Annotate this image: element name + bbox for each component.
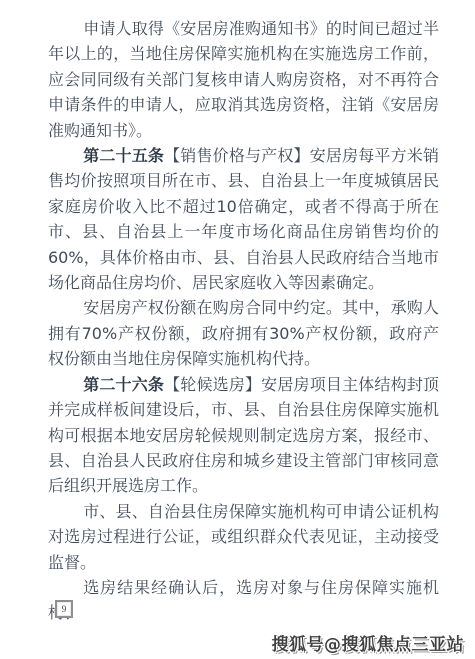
article-number-bold: 第二十六条 — [83, 375, 164, 394]
watermark-text: 搜狐号@搜狐焦点三亚站 — [272, 630, 465, 655]
paragraph: 第二十五条【销售价格与产权】安居房每平方米销售均价按照项目所在市、县、自治县上一… — [48, 143, 439, 295]
paragraph-text: 安居房产权份额在购房合同中约定。其中，承购人拥有70%产权份额，政府拥有30%产… — [48, 298, 439, 368]
paragraph: 选房结果经确认后，选房对象与住房保障实施机构、 — [48, 575, 439, 626]
paragraph: 安居房产权份额在购房合同中约定。其中，承购人拥有70%产权份额，政府拥有30%产… — [48, 295, 439, 371]
page-number-box: 9 — [55, 600, 73, 618]
paragraph: 申请人取得《安居房准购通知书》的时间已超过半年以上的，当地住房保障实施机构在实施… — [48, 16, 439, 143]
paragraph: 市、县、自治县住房保障实施机构可申请公证机构对选房过程进行公证，或组织群众代表见… — [48, 499, 439, 575]
paragraph-text: 选房结果经确认后，选房对象与住房保障实施机构、 — [48, 578, 439, 622]
paragraph-text: 【销售价格与产权】安居房每平方米销售均价按照项目所在市、县、自治县上一年度城镇居… — [48, 146, 439, 292]
page-number: 9 — [62, 604, 67, 614]
document-page: 申请人取得《安居房准购通知书》的时间已超过半年以上的，当地住房保障实施机构在实施… — [0, 0, 475, 659]
document-body: 申请人取得《安居房准购通知书》的时间已超过半年以上的，当地住房保障实施机构在实施… — [48, 16, 439, 626]
paragraph: 第二十六条【轮候选房】安居房项目主体结构封顶并完成样板间建设后，市、县、自治县住… — [48, 372, 439, 499]
paragraph-text: 申请人取得《安居房准购通知书》的时间已超过半年以上的，当地住房保障实施机构在实施… — [48, 19, 439, 140]
paragraph-text: 市、县、自治县住房保障实施机构可申请公证机构对选房过程进行公证，或组织群众代表见… — [48, 502, 439, 572]
article-number-bold: 第二十五条 — [83, 146, 164, 165]
